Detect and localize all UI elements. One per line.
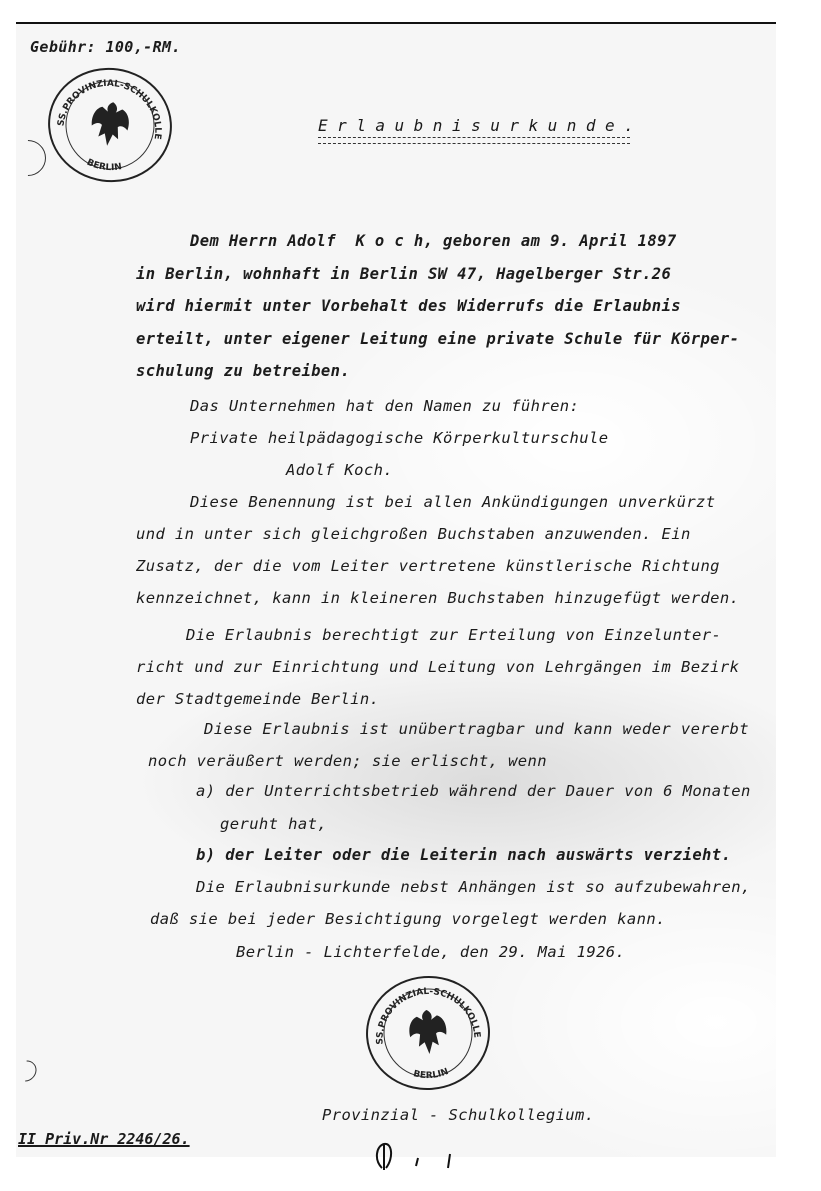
body-line: noch veräußert werden; sie erlischt, wen… <box>148 752 547 770</box>
body-line: richt und zur Einrichtung und Leitung vo… <box>136 658 739 676</box>
top-border-line <box>16 22 776 24</box>
body-line: daß sie bei jeder Besichtigung vorgelegt… <box>150 910 666 928</box>
body-line: Das Unternehmen hat den Namen zu führen: <box>190 397 579 415</box>
body-line: b) der Leiter oder die Leiterin nach aus… <box>196 846 731 864</box>
reference-number: II Priv.Nr 2246/26. <box>18 1130 190 1148</box>
body-line: wird hiermit unter Vorbehalt des Widerru… <box>136 297 681 315</box>
body-line: Private heilpädagogische Körperkultursch… <box>190 429 608 447</box>
body-line: Dem Herrn Adolf K o c h, geboren am 9. A… <box>190 232 677 250</box>
svg-text:BERLIN: BERLIN <box>412 1067 451 1083</box>
eagle-icon <box>83 95 138 153</box>
signature-mark <box>370 1140 460 1170</box>
date-place-line: Berlin - Lichterfelde, den 29. Mai 1926. <box>236 943 625 961</box>
body-line: Zusatz, der die vom Leiter vertretene kü… <box>136 557 720 575</box>
body-line: Diese Erlaubnis ist unübertragbar und ka… <box>204 720 749 738</box>
body-line: a) der Unterrichtsbetrieb während der Da… <box>196 782 751 800</box>
body-line: geruht hat, <box>220 815 327 833</box>
body-line: Die Erlaubnisurkunde nebst Anhängen ist … <box>196 878 751 896</box>
body-line: Die Erlaubnis berechtigt zur Erteilung v… <box>186 626 721 644</box>
title-underline <box>318 137 630 144</box>
body-line: kennzeichnet, kann in kleineren Buchstab… <box>136 589 739 607</box>
body-line: in Berlin, wohnhaft in Berlin SW 47, Hag… <box>136 265 671 283</box>
body-line: der Stadtgemeinde Berlin. <box>136 690 379 708</box>
body-line: schulung zu betreiben. <box>136 362 350 380</box>
document-title: Erlaubnisurkunde. <box>318 116 643 135</box>
body-line: erteilt, unter eigener Leitung eine priv… <box>136 330 739 348</box>
svg-text:BERLIN: BERLIN <box>85 157 124 175</box>
body-line: Diese Benennung ist bei allen Ankündigun… <box>190 493 716 511</box>
issuer-label: Provinzial - Schulkollegium. <box>322 1106 595 1124</box>
official-stamp-bottom: PREUSS.PROVINZIAL-SCHULKOLLEGIUM BERLIN <box>362 972 494 1094</box>
body-line: Adolf Koch. <box>286 461 393 479</box>
fee-label: Gebühr: 100,-RM. <box>30 38 181 56</box>
eagle-icon <box>402 1004 454 1059</box>
body-line: und in unter sich gleichgroßen Buchstabe… <box>136 525 691 543</box>
official-stamp-top: PREUSS.PROVINZIAL-SCHULKOLLEGIUM BERLIN <box>41 60 180 190</box>
